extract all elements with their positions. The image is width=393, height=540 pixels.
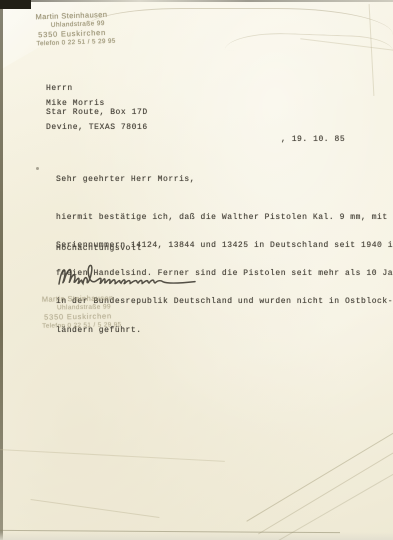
recipient-city: Devine, TEXAS 78016 — [46, 123, 148, 132]
letter-date: , 19. 10. 85 — [281, 135, 345, 144]
footer-sender-phone: Telefon 0 22 51 / 5 29 95 — [42, 320, 121, 330]
letterhead-stamp: Martin Steinhausen Uhlandstraße 99 5350 … — [35, 10, 116, 49]
paper-bottom-edge — [0, 532, 393, 540]
sender-phone: Telefon 0 22 51 / 5 29 95 — [36, 37, 116, 49]
letter-closing: Hochachtungsvoll — [56, 244, 142, 253]
scan-left-edge — [0, 9, 3, 540]
recipient-name: Mike Morris — [46, 99, 105, 108]
footer-stamp: Martin Steinhausen Uhlandstraße 99 5350 … — [42, 293, 122, 330]
ink-speck — [36, 167, 39, 170]
crease-top-right-small — [300, 38, 393, 51]
crease-top — [85, 8, 393, 35]
crease-bottom-left — [0, 449, 225, 462]
recipient-salutation-line: Herrn — [46, 84, 73, 93]
scanned-letter-page: Martin Steinhausen Uhlandstraße 99 5350 … — [0, 0, 393, 540]
crease-right-vertical — [369, 4, 375, 96]
recipient-street: Star Route, Box 17D — [46, 108, 148, 117]
crease-bottom-right-1 — [246, 415, 393, 521]
scan-top-edge — [31, 0, 393, 2]
crease-bottom-right-2 — [258, 431, 393, 535]
crease-bottom-left-diagonal — [31, 499, 160, 518]
handwritten-signature — [52, 256, 212, 296]
scan-edge-dark-corner — [0, 0, 31, 9]
letter-greeting: Sehr geehrter Herr Morris, — [56, 175, 195, 184]
crease-bottom-right-3 — [270, 450, 393, 540]
crease-top-right — [225, 31, 393, 56]
body-line: hiermit bestätige ich, daß die Walther P… — [56, 213, 393, 222]
